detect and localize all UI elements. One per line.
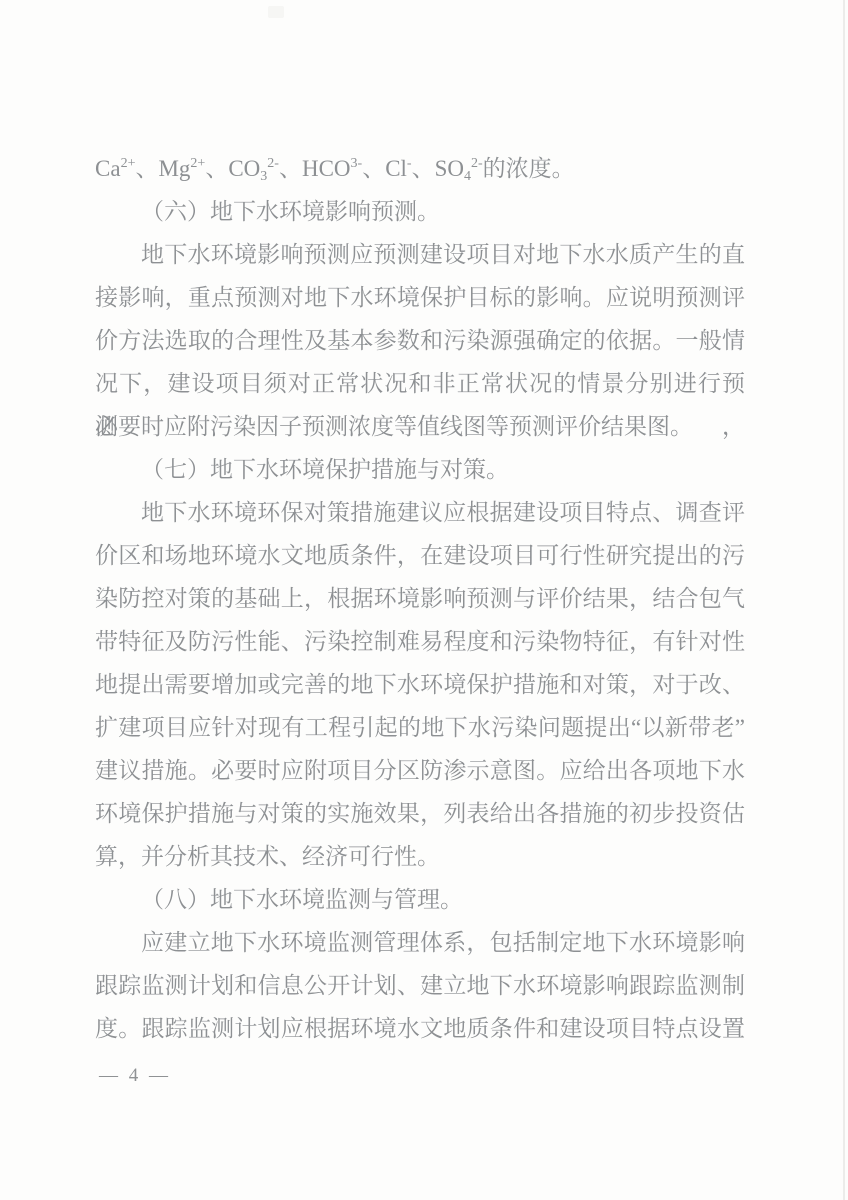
text-line: 建议措施。必要时应附项目分区防渗示意图。应给出各项地下水 [95, 749, 745, 792]
section-heading-8: （八）地下水环境监测与管理。 [95, 878, 745, 921]
scan-edge-artifact [843, 0, 845, 1200]
document-text-block: Ca2+、Mg2+、CO32-、HCO3-、Cl-、SO42-的浓度。 （六）地… [95, 147, 745, 1050]
chemical-formula-line: Ca2+、Mg2+、CO32-、HCO3-、Cl-、SO42-的浓度。 [95, 147, 745, 190]
text-line: 必要时应附污染因子预测浓度等值线图等预测评价结果图。 [95, 405, 745, 448]
scan-smudge-artifact [268, 6, 284, 18]
text-line: 环境保护措施与对策的实施效果，列表给出各措施的初步投资估 [95, 792, 745, 835]
section-heading-6: （六）地下水环境影响预测。 [95, 190, 745, 233]
text-line: 扩建项目应针对现有工程引起的地下水污染问题提出“以新带老” [95, 706, 745, 749]
text-line: 价方法选取的合理性及基本参数和污染源强确定的依据。一般情 [95, 319, 745, 362]
text-line: 应建立地下水环境监测管理体系，包括制定地下水环境影响 [95, 921, 745, 964]
text-line: 跟踪监测计划和信息公开计划、建立地下水环境影响跟踪监测制 [95, 964, 745, 1007]
text-line: 带特征及防污性能、污染控制难易程度和污染物特征，有针对性 [95, 620, 745, 663]
text-line: 度。跟踪监测计划应根据环境水文地质条件和建设项目特点设置 [95, 1007, 745, 1050]
text-line: 染防控对策的基础上，根据环境影响预测与评价结果，结合包气 [95, 577, 745, 620]
text-line: 接影响，重点预测对地下水环境保护目标的影响。应说明预测评 [95, 276, 745, 319]
text-line: 地下水环境影响预测应预测建设项目对地下水水质产生的直 [95, 233, 745, 276]
text-line: 价区和场地环境水文地质条件，在建设项目可行性研究提出的污 [95, 534, 745, 577]
text-line: 况下，建设项目须对正常状况和非正常状况的情景分别进行预测， [95, 362, 745, 405]
text-line: 地下水环境环保对策措施建议应根据建设项目特点、调查评 [95, 491, 745, 534]
scanned-document-page: Ca2+、Mg2+、CO32-、HCO3-、Cl-、SO42-的浓度。 （六）地… [0, 0, 848, 1200]
page-number: — 4 — [99, 1062, 171, 1090]
text-line: 地提出需要增加或完善的地下水环境保护措施和对策，对于改、 [95, 663, 745, 706]
section-heading-7: （七）地下水环境保护措施与对策。 [95, 448, 745, 491]
text-line: 算，并分析其技术、经济可行性。 [95, 835, 745, 878]
